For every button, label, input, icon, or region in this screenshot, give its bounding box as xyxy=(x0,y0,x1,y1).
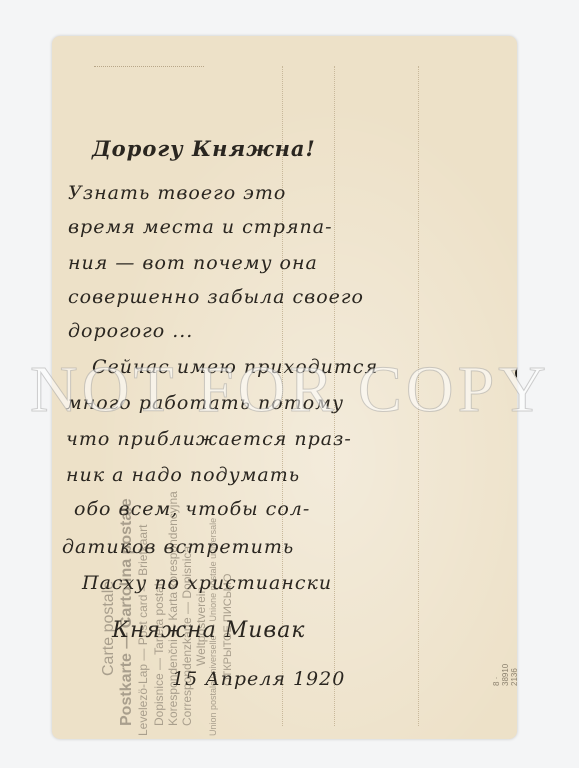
printed-text: Korespondenčni — Karta korespondencyjna xyxy=(166,491,180,726)
printed-text: Postkarte — Cartolina postale xyxy=(118,498,136,726)
handwriting-line: обо всем, чтобы сол- xyxy=(74,498,310,520)
handwriting-line: датиков встретить xyxy=(62,536,294,558)
signature: Княжна Мивак xyxy=(112,618,305,643)
stamp-box-border xyxy=(94,66,204,68)
handwriting-line: Узнать твоего это xyxy=(68,182,286,204)
handwriting-line: совершенно забыла своего xyxy=(68,286,364,308)
printer-code: 8 · 38910 2136 xyxy=(492,661,517,686)
watermark: NOT FOR COPY xyxy=(20,352,560,428)
handwriting-line: дорогого ... xyxy=(68,320,193,342)
date-line: 15 Апреля 1920 xyxy=(172,668,345,690)
handwriting-line: что приближается праз- xyxy=(66,428,352,450)
handwriting-line: ник а надо подумать xyxy=(66,464,300,486)
printed-text: Dopisnice — Tarjeta postal xyxy=(152,583,166,726)
handwriting-line: Пасху по христиански xyxy=(82,572,332,594)
handwriting-line: время места и стряпа- xyxy=(68,216,333,238)
handwriting-line: ния — вот почему она xyxy=(68,252,318,274)
publisher-logo-icon: ⚜ xyxy=(500,738,513,739)
handwriting-line: Дорогу Княжна! xyxy=(92,136,316,161)
